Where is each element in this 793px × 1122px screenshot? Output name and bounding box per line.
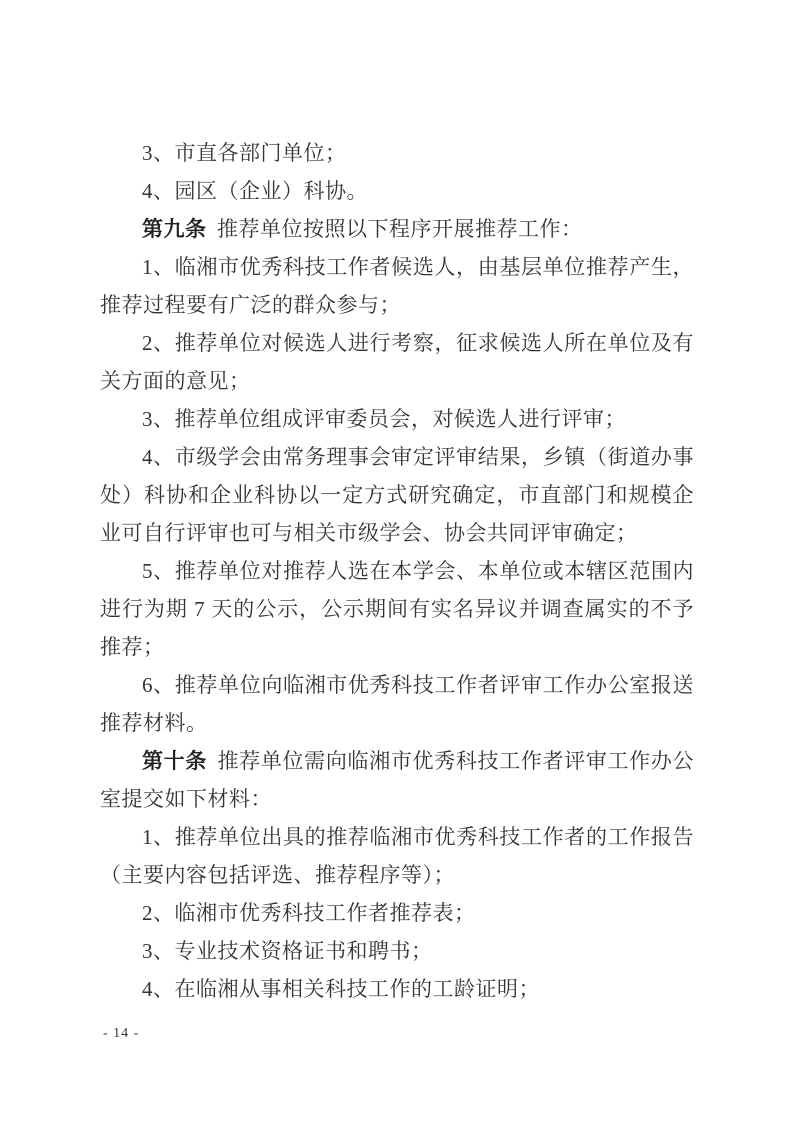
paragraph-text: 4、在临湘从事相关科技工作的工龄证明；: [142, 977, 540, 1001]
paragraph: 2、推荐单位对候选人进行考察，征求候选人所在单位及有关方面的意见；: [100, 324, 694, 400]
paragraph-text: 2、临湘市优秀科技工作者推荐表；: [142, 901, 476, 925]
paragraph-text: 1、临湘市优秀科技工作者候选人，由基层单位推荐产生，推荐过程要有广泛的群众参与；: [100, 255, 694, 317]
page-number: - 14 -: [103, 1026, 139, 1042]
paragraph: 4、在临湘从事相关科技工作的工龄证明；: [100, 970, 694, 1008]
paragraph: 1、临湘市优秀科技工作者候选人，由基层单位推荐产生，推荐过程要有广泛的群众参与；: [100, 248, 694, 324]
paragraph: 4、市级学会由常务理事会审定评审结果，乡镇（街道办事处）科协和企业科协以一定方式…: [100, 438, 694, 552]
paragraph: 5、推荐单位对推荐人选在本学会、本单位或本辖区范围内进行为期 7 天的公示，公示…: [100, 552, 694, 666]
paragraph-text: 2、推荐单位对候选人进行考察，征求候选人所在单位及有关方面的意见；: [100, 331, 694, 393]
document-body: 3、市直各部门单位；4、园区（企业）科协。第九条推荐单位按照以下程序开展推荐工作…: [100, 134, 694, 1008]
paragraph: 3、推荐单位组成评审委员会，对候选人进行评审；: [100, 400, 694, 438]
paragraph: 3、市直各部门单位；: [100, 134, 694, 172]
paragraph-text: 3、推荐单位组成评审委员会，对候选人进行评审；: [142, 407, 626, 431]
paragraph: 第十条推荐单位需向临湘市优秀科技工作者评审工作办公室提交如下材料：: [100, 742, 694, 818]
paragraph: 4、园区（企业）科协。: [100, 172, 694, 210]
paragraph: 1、推荐单位出具的推荐临湘市优秀科技工作者的工作报告（主要内容包括评选、推荐程序…: [100, 818, 694, 894]
paragraph-text: 3、市直各部门单位；: [142, 141, 347, 165]
paragraph-text: 推荐单位按照以下程序开展推荐工作：: [217, 217, 583, 241]
article-number-label: 第九条: [142, 217, 207, 241]
paragraph-text: 3、专业技术资格证书和聘书；: [142, 939, 433, 963]
paragraph: 6、推荐单位向临湘市优秀科技工作者评审工作办公室报送推荐材料。: [100, 666, 694, 742]
paragraph: 3、专业技术资格证书和聘书；: [100, 932, 694, 970]
paragraph-text: 6、推荐单位向临湘市优秀科技工作者评审工作办公室报送推荐材料。: [100, 673, 694, 735]
article-number-label: 第十条: [142, 749, 207, 773]
paragraph-text: 4、园区（企业）科协。: [142, 179, 368, 203]
paragraph: 2、临湘市优秀科技工作者推荐表；: [100, 894, 694, 932]
paragraph: 第九条推荐单位按照以下程序开展推荐工作：: [100, 210, 694, 248]
document-page: 3、市直各部门单位；4、园区（企业）科协。第九条推荐单位按照以下程序开展推荐工作…: [0, 0, 793, 1122]
paragraph-text: 4、市级学会由常务理事会审定评审结果，乡镇（街道办事处）科协和企业科协以一定方式…: [100, 445, 694, 545]
paragraph-text: 1、推荐单位出具的推荐临湘市优秀科技工作者的工作报告（主要内容包括评选、推荐程序…: [100, 825, 694, 887]
paragraph-text: 5、推荐单位对推荐人选在本学会、本单位或本辖区范围内进行为期 7 天的公示，公示…: [100, 559, 694, 659]
